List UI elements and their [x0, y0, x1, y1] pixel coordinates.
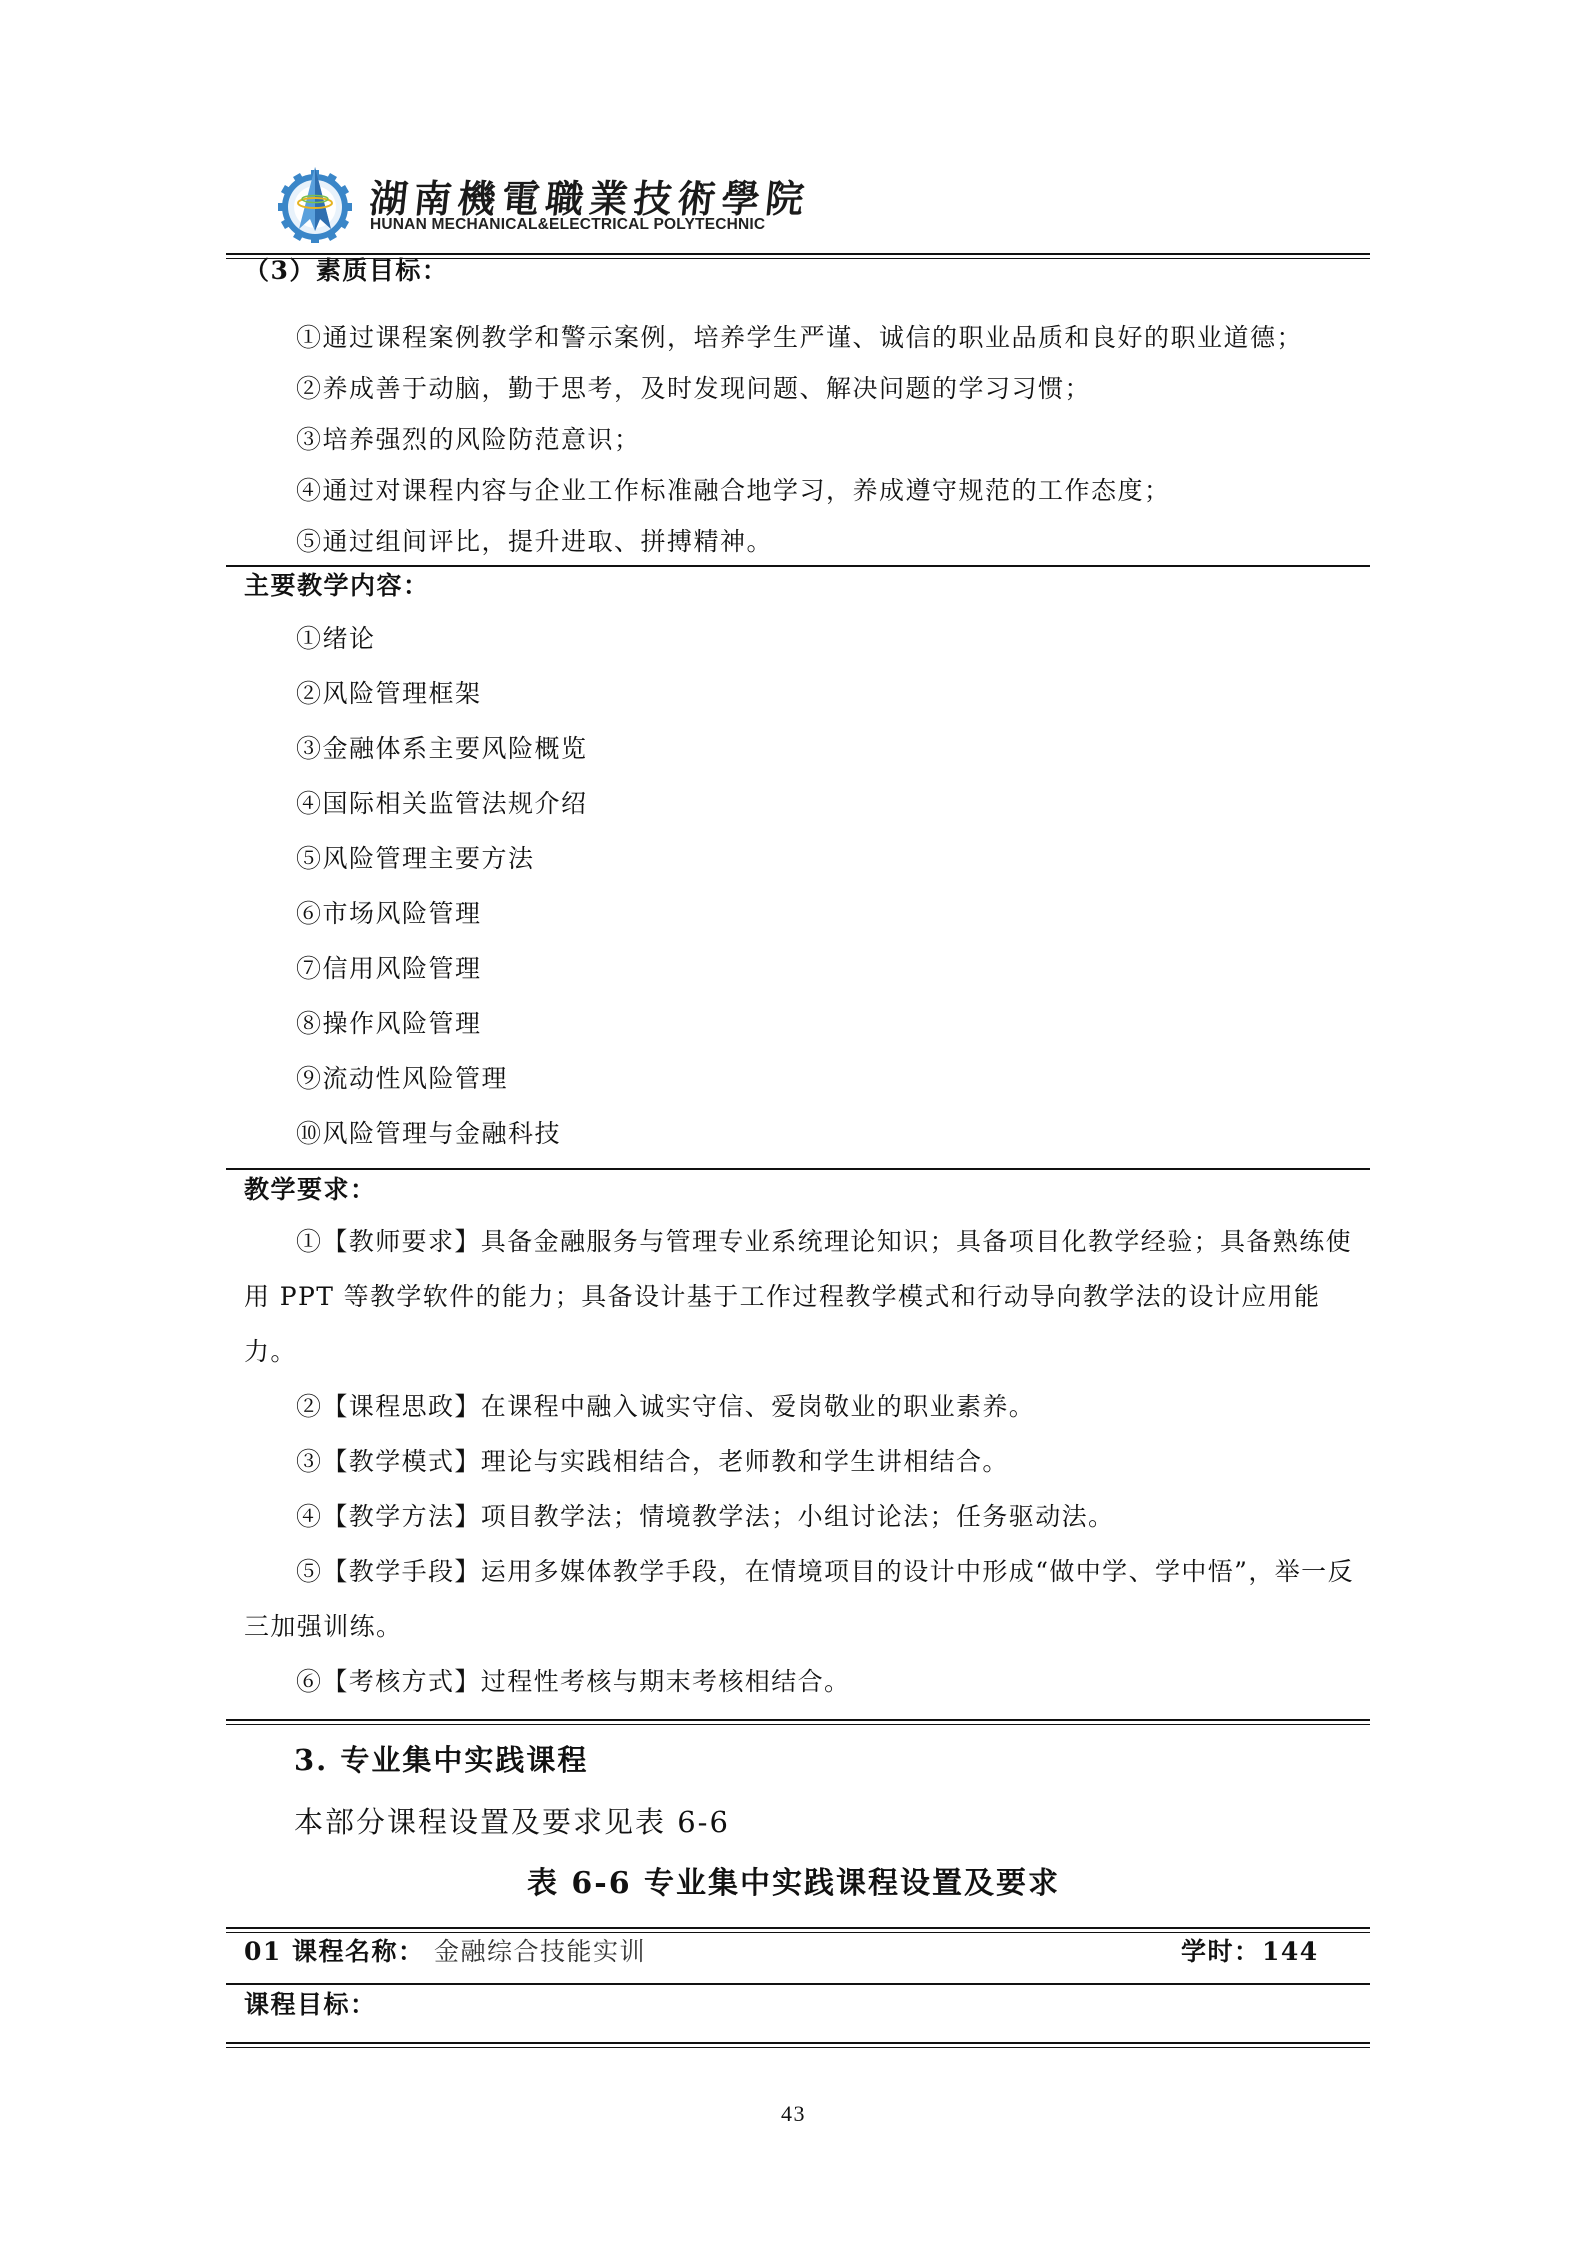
- requirement-paragraph: ⑤【教学手段】运用多媒体教学手段，在情境项目的设计中形成“做中学、学中悟”，举一…: [244, 1544, 1354, 1654]
- requirement-paragraph: ⑥【考核方式】过程性考核与期末考核相结合。: [244, 1654, 1354, 1709]
- table-caption: 表 6-6 专业集中实践课程设置及要求: [0, 1866, 1587, 1902]
- list-item: ⑨流动性风险管理: [296, 1064, 508, 1094]
- list-item: ③金融体系主要风险概览: [296, 734, 588, 764]
- hours-value: 144: [1262, 1937, 1319, 1967]
- course-name-value: 金融综合技能实训: [434, 1937, 646, 1967]
- school-name-english: HUNAN MECHANICAL&ELECTRICAL POLYTECHNIC: [370, 216, 765, 234]
- list-item: ④通过对课程内容与企业工作标准融合地学习，养成遵守规范的工作态度；: [296, 476, 1171, 506]
- row-divider: [226, 1983, 1370, 1985]
- table-section-border: [226, 2042, 1370, 2048]
- main-content-label: 主要教学内容：: [244, 571, 430, 601]
- list-item: ②风险管理框架: [296, 679, 482, 709]
- course-goals-label: 课程目标：: [244, 1990, 377, 2020]
- list-item: ④国际相关监管法规介绍: [296, 789, 588, 819]
- list-item: ①通过课程案例教学和警示案例，培养学生严谨、诚信的职业品质和良好的职业道德；: [296, 323, 1303, 353]
- table-bottom-border: [226, 1719, 1370, 1725]
- requirement-paragraph: ④【教学方法】项目教学法；情境教学法；小组讨论法；任务驱动法。: [244, 1489, 1354, 1544]
- requirement-paragraph: ③【教学模式】理论与实践相结合，老师教和学生讲相结合。: [244, 1434, 1354, 1489]
- list-item: ⑧操作风险管理: [296, 1009, 482, 1039]
- table-top-border: [226, 1927, 1370, 1933]
- list-item: ②养成善于动脑，勤于思考，及时发现问题、解决问题的学习习惯；: [296, 374, 1091, 404]
- row-divider: [226, 1168, 1370, 1170]
- requirement-paragraph: ②【课程思政】在课程中融入诚实守信、爱岗敬业的职业素养。: [244, 1379, 1354, 1434]
- requirement-paragraph: ①【教师要求】具备金融服务与管理专业系统理论知识；具备项目化教学经验；具备熟练使…: [244, 1214, 1354, 1379]
- school-name-chinese: 湖南機電職業技術學院: [367, 168, 813, 223]
- list-item: ⑤风险管理主要方法: [296, 844, 535, 874]
- school-emblem-icon: [277, 163, 353, 243]
- section-heading: 3. 专业集中实践课程: [294, 1743, 588, 1777]
- row-divider: [226, 565, 1370, 567]
- list-item: ⑩风险管理与金融科技: [296, 1119, 561, 1149]
- list-item: ①绪论: [296, 624, 376, 654]
- page-number: 43: [0, 2099, 1587, 2129]
- list-item: ⑦信用风险管理: [296, 954, 482, 984]
- hours-label: 学时：: [1181, 1937, 1261, 1967]
- list-item: ⑤通过组间评比，提升进取、拼搏精神。: [296, 527, 773, 557]
- list-item: ③培养强烈的风险防范意识；: [296, 425, 641, 455]
- course-name-label: 01 课程名称：: [244, 1937, 425, 1967]
- list-item: ⑥市场风险管理: [296, 899, 482, 929]
- requirements-label: 教学要求：: [244, 1175, 377, 1205]
- section-intro: 本部分课程设置及要求见表 6-6: [294, 1805, 730, 1839]
- quality-goals-label: （3）素质目标：: [244, 256, 448, 286]
